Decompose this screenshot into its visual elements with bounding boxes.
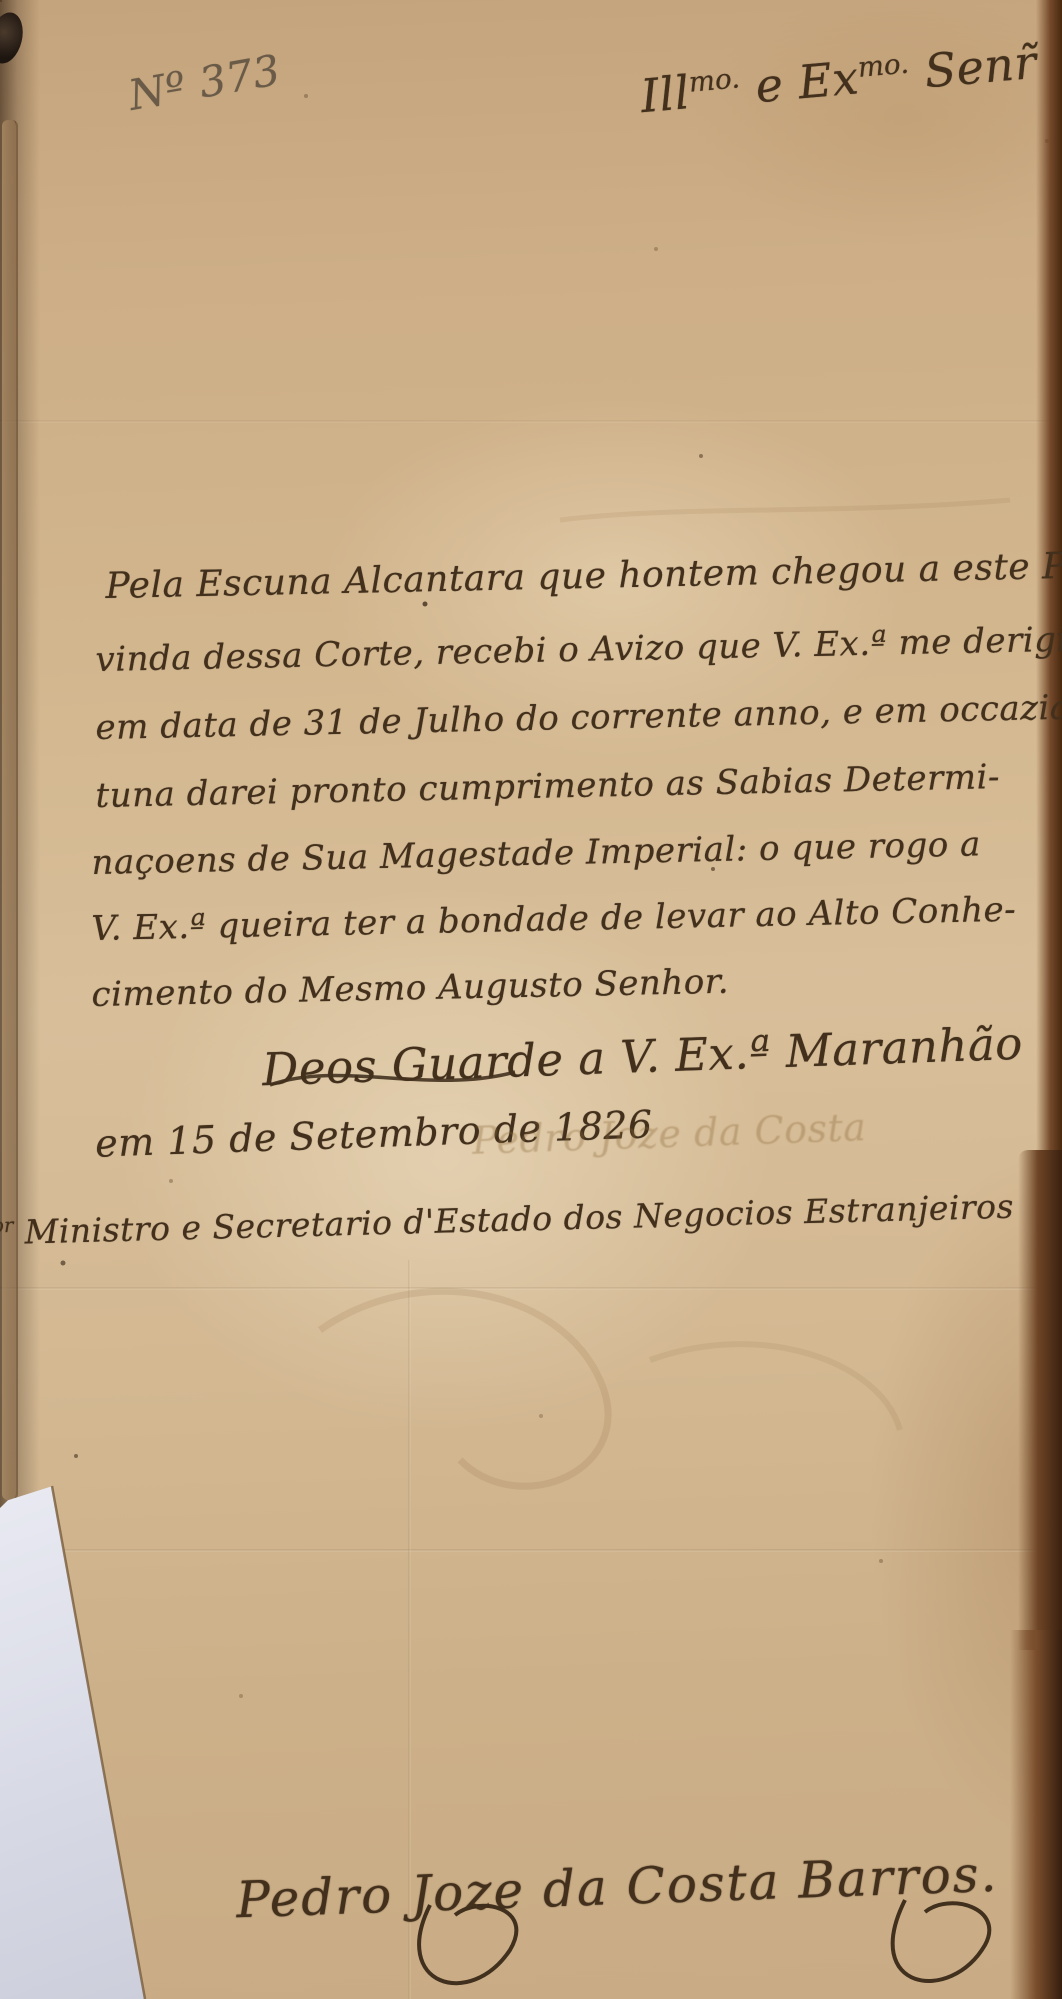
body-line-4: tuna darei pronto cumprimento as Sabias … [95,757,1000,816]
salutation: Illmo. e Exmo. Senr̃ [638,35,1038,123]
table-surface-corner [0,1480,220,1999]
addressee-prefix: or [0,1214,14,1238]
body-line-1: Pela Escuna Alcantara que hontem chegou … [105,544,1062,607]
salutation-part: Ill [638,65,692,123]
body-line-7: cimento do Mesmo Augusto Senhor. [91,962,729,1015]
fold-crease-middle [0,1287,1062,1290]
body-line-6: V. Ex.ª queira ter a bondade de levar ao… [91,890,1016,949]
fold-crease-top [0,420,1062,423]
body-line-3: em data de 31 de Julho do corrente anno,… [95,685,1062,748]
fold-crease-lower [0,1549,1062,1552]
right-page-edge-lower [1010,1630,1062,1999]
right-page-edge-middle [1018,1150,1062,1650]
curled-page-edge [2,120,18,1500]
scanned-letter-page: Nº 373 Illmo. e Exmo. Senr̃ Pela Escuna … [0,0,1062,1999]
body-line-5: naçoens de Sua Magestade Imperial: o que… [91,824,981,883]
addressee-text: Ministro e Secretario d'Estado dos Negoc… [13,1187,1014,1252]
bleed-through-flourish-3 [560,500,1010,520]
salutation-superscript: mo. [856,47,910,84]
valediction: Deos Guarde a V. Ex.ª Maranhão [261,1017,1023,1097]
salutation-part: Senr̃ [907,35,1039,100]
bleed-through-flourish-1 [320,1291,608,1486]
salutation-part: e Ex [738,50,861,114]
bleed-through-flourish-2 [650,1344,900,1430]
addressee-line: or Ministro e Secretario d'Estado dos Ne… [0,1187,1014,1253]
body-line-2: vinda dessa Corte, recebi o Avizo que V.… [95,619,1062,680]
signature-flourish-right [893,1900,990,1981]
archival-number: Nº 373 [125,45,284,120]
signature: Pedro Joze da Costa Barros. [235,1845,999,1930]
salutation-superscript: mo. [687,61,741,98]
